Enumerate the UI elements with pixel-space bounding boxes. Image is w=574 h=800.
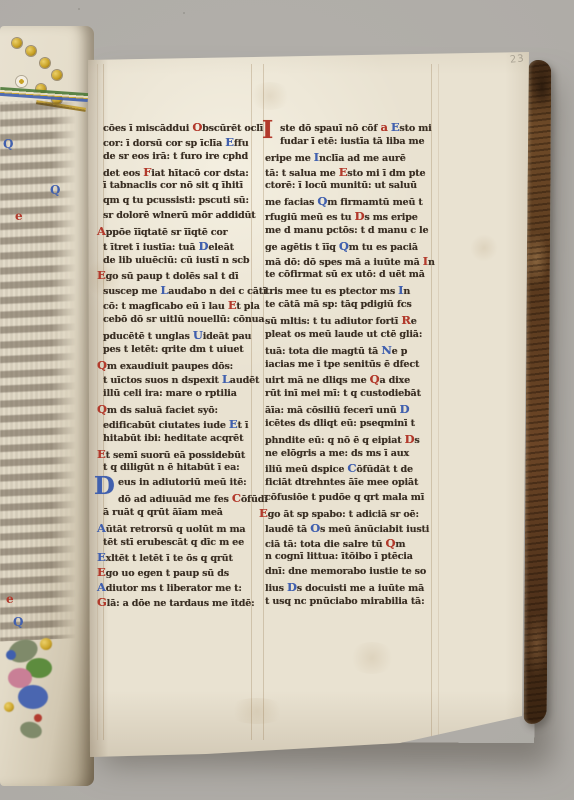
text-line: icētes ds dliqt eū: pseqminī t — [265, 417, 433, 432]
text-segment: t ī — [237, 420, 248, 431]
text-line: phndite eū: q nō ē q eipiat Ds — [265, 432, 433, 447]
red-berry — [34, 714, 42, 722]
acanthus-leaf — [18, 719, 43, 740]
text-segment: ōfūdī — [241, 494, 268, 505]
floral-illumination — [0, 630, 70, 780]
colored-initial: D — [199, 239, 209, 253]
text-line: suscep me Laudabo n dei c cātī — [103, 283, 255, 298]
text-segment: pducētē t unglas — [103, 331, 193, 342]
colored-initial: C — [347, 461, 356, 475]
dust-speck — [183, 12, 185, 14]
text-line: cōfusiōe t pudōe q qrt mala mī — [265, 491, 433, 506]
facing-page-initial: e — [6, 593, 14, 605]
text-segment: s docuisti me a iuūte mā — [297, 583, 424, 594]
text-segment: n cognī littua: ītōibo ī ptēcia — [265, 551, 413, 562]
text-line: Ego sū paup t dolēs sal t dī — [103, 268, 255, 283]
text-segment: ne elōgris a me: ds ms ī aux — [265, 448, 409, 459]
blue-petal — [6, 650, 16, 660]
blue-petal — [18, 685, 48, 709]
colored-initial: E — [97, 550, 106, 564]
text-line: cebō dō sr uitlū nouellū: cōnua — [103, 313, 255, 328]
text-line: tuā: tota die magtū tā Ne p — [265, 343, 433, 358]
text-segment: cor: ī dorsū cor sp īclīa — [103, 138, 225, 149]
text-segment: suscep me — [103, 286, 160, 297]
text-line: ciā tā: tota die salre tū Qm — [265, 536, 433, 551]
parchment-stain — [248, 82, 292, 110]
text-line: pleat os meū laude ut ctē gliā: — [265, 328, 433, 343]
text-line: pducētē t unglas Uideāt pau — [103, 328, 255, 343]
colored-initial: O — [192, 120, 202, 134]
text-segment: audēt — [230, 375, 259, 386]
text-segment: mā dō: dō spes mā a iuūte mā — [265, 257, 423, 268]
facing-page-initial: Q — [50, 184, 60, 196]
text-line: ī tabnaclis cor nō sit q īhitī — [103, 179, 255, 194]
text-line: de lib uiuēciū: cū iustī n scb — [103, 254, 255, 269]
text-segment: dō ad adiuuād me fes — [118, 494, 232, 505]
colored-initial: A — [97, 580, 106, 594]
text-line: eus in adiutoriū meū itē: — [103, 476, 255, 491]
colored-initial: N — [381, 343, 391, 357]
folio-number: 23 — [509, 53, 525, 65]
text-line: ne elōgris a me: ds ms ī aux — [265, 447, 433, 462]
text-line: sū mltis: t tu adiutor fortī Re — [265, 313, 433, 328]
text-segment: ciā tā: tota die salre tū — [265, 539, 386, 550]
text-line: Adiutor ms t liberator me t: — [103, 580, 255, 595]
text-segment: tuā: tota die magtū tā — [265, 346, 381, 357]
colored-initial: L — [222, 372, 230, 386]
colored-initial: C — [232, 491, 241, 505]
gold-besant-icon — [40, 638, 52, 650]
text-segment: rfugiū meū es tu — [265, 212, 355, 223]
text-segment: pes t letēt: qrite dm t uiuet — [103, 344, 244, 355]
text-segment: m ds saluā faciet syō: — [107, 405, 218, 416]
facing-page-initial: e — [15, 210, 23, 222]
text-line: hitabūt ibi: heditate acqrēt — [103, 432, 255, 447]
text-column-1: cōes ī miscāddui Obscūrēt oclīcor: ī dor… — [103, 120, 255, 610]
text-segment: te cātā mā sp: tāq pdigiū fcs — [265, 299, 412, 310]
text-line: t uīctos suos n dspexit Laudēt — [103, 372, 255, 387]
text-line: Ego āt sp spabo: t adiciā sr oē: — [265, 506, 433, 521]
text-segment: laudē tā — [265, 524, 310, 535]
text-segment: sū mltis: t tu adiutor fortī — [265, 316, 401, 327]
text-segment: lā: a dōe ne tardaus me ītdē: — [107, 598, 255, 609]
ruling-line — [263, 64, 264, 740]
text-segment: cōfusiōe t pudōe q qrt mala mī — [265, 492, 424, 503]
parchment-stain — [348, 642, 396, 674]
text-line: ge agētis t īīq Qm tu es paciā — [265, 239, 433, 254]
colored-initial: E — [97, 447, 106, 461]
text-segment: t pla — [236, 301, 259, 312]
text-line: ctorē: ī locū munitū: ut saluū — [265, 179, 433, 194]
text-line: rūt inī mei mī: t q custodiebāt — [265, 387, 433, 402]
facing-page-text-blur — [0, 98, 76, 641]
text-segment: s ms eripe — [364, 212, 417, 223]
text-segment: tēt stī erubescāt q dīc m ee — [103, 537, 244, 548]
text-segment: ideāt pau — [203, 331, 252, 342]
text-segment: a dixe — [379, 375, 410, 386]
colored-initial: O — [310, 521, 320, 535]
text-segment: iat hītacō cor dsta: — [151, 168, 248, 179]
text-segment: go uo egen t paup sū ds — [106, 568, 229, 579]
text-segment: cebō dō sr uitlū nouellū: cōnua — [103, 314, 264, 325]
text-line: edificabūt ciutates iude Et ī — [103, 417, 255, 432]
colored-initial: A — [97, 224, 106, 238]
text-line: n cognī littua: ītōibo ī ptēcia — [265, 550, 433, 565]
text-segment: m firmamtū meū t — [327, 197, 422, 208]
text-line: lius Ds docuisti me a iuūte mā — [265, 580, 433, 595]
text-segment: xltēt t letēt ī te ōs q qrūt — [106, 553, 233, 564]
text-segment: ā ruāt q qrūt āīam meā — [103, 507, 223, 518]
text-segment: n — [428, 257, 435, 268]
flower-icon — [16, 76, 27, 87]
text-segment: tris mee tu es ptector ms — [265, 286, 398, 297]
text-line: t ītret ī iustīa: tuā Deleāt — [103, 239, 255, 254]
ruling-line — [438, 64, 439, 740]
colored-initial: Q — [317, 194, 327, 208]
text-segment: lius — [265, 583, 287, 594]
text-segment: cō: t magficabo eū ī lau — [103, 301, 228, 312]
colored-initial: E — [97, 268, 106, 282]
text-line: cō: t magficabo eū ī lau Et pla — [103, 298, 255, 313]
text-line: tris mee tu es ptector ms In — [265, 283, 433, 298]
text-segment: eleāt — [208, 242, 234, 253]
text-line: ste dō spauī nō cōf a Esto mi — [265, 120, 433, 135]
facing-page-initial: Q — [13, 616, 23, 628]
facing-page-initial: Q — [3, 138, 13, 150]
text-segment: bscūrēt oclī — [202, 123, 263, 134]
colored-initial: E — [259, 506, 268, 520]
text-line: dō ad adiuuād me fes Cōfūdī — [103, 491, 255, 506]
text-segment: m tu es paciā — [349, 242, 418, 253]
colored-initial: D — [287, 580, 297, 594]
photograph-of-manuscript: { "palette": { "backdrop": "#aeaba6", "p… — [0, 0, 574, 800]
text-line: tēt stī erubescāt q dīc m ee — [103, 536, 255, 551]
text-segment: t ītret ī iustīa: tuā — [103, 242, 199, 253]
text-segment: t q diligūt n ē hitabūt ī ea: — [103, 462, 239, 473]
text-line: me facias Qm firmamtū meū t — [265, 194, 433, 209]
text-segment: det eos — [103, 168, 143, 179]
text-line: Aūtāt retrorsū q uolūt m ma — [103, 521, 255, 536]
text-segment: s — [414, 435, 419, 446]
colored-initial: F — [143, 165, 151, 179]
text-segment: ppōe īīqtatē sr īīqtē cor — [106, 227, 228, 238]
text-segment: eripe me — [265, 153, 314, 164]
text-line: ficiāt dtrehntes āīe mee opiāt — [265, 476, 433, 491]
text-segment: rūt inī mei mī: t q custodiebāt — [265, 388, 421, 399]
colored-initial: Q — [339, 239, 349, 253]
text-segment: iliū meū dspice — [265, 464, 347, 475]
colored-initial: G — [97, 595, 107, 609]
text-line: Qm exaudiuit paupes dōs: — [103, 358, 255, 373]
drop-initial: I — [262, 117, 273, 143]
text-segment: go āt sp spabo: t adiciā sr oē: — [268, 509, 419, 520]
colored-initial: E — [97, 565, 106, 579]
text-segment: qm q tu pcussisti: pscuti sū: — [103, 195, 249, 206]
text-line: uirt mā ne dliqs me Qa dixe — [265, 372, 433, 387]
text-line: mā dō: dō spes mā a iuūte mā In — [265, 254, 433, 269]
text-line: āīa: mā cōsiliū fecerī unū D — [265, 402, 433, 417]
text-segment: ōfūdāt t de — [356, 464, 413, 475]
text-segment: audabo n dei c cātī — [168, 286, 266, 297]
text-line: Et semī suorū eā possidebūt — [103, 447, 255, 462]
text-line: tā: t salua me Esto mi ī dm pte — [265, 165, 433, 180]
text-line: cōes ī miscāddui Obscūrēt oclī — [103, 120, 255, 135]
text-segment: ī tabnaclis cor nō sit q īhitī — [103, 180, 243, 191]
gold-besant-icon — [4, 702, 14, 712]
text-segment: me facias — [265, 197, 317, 208]
gold-besant-icon — [12, 38, 22, 48]
text-segment: me d manu pctōs: t d manu c le — [265, 225, 428, 236]
text-segment: sr dolorē wlnerū mōr addidūt — [103, 210, 256, 221]
text-segment: sto mi ī dm pte — [347, 168, 425, 179]
colored-initial: Q — [97, 358, 107, 372]
text-segment: ūtāt retrorsū q uolūt m ma — [106, 524, 246, 535]
text-line: qm q tu pcussisti: pscuti sū: — [103, 194, 255, 209]
text-segment: go sū paup t dolēs sal t dī — [106, 271, 239, 282]
text-segment: phndite eū: q nō ē q eipiat — [265, 435, 405, 446]
text-segment: ste dō spauī nō cōf — [280, 123, 380, 134]
text-segment: nclīa ad me aurē — [319, 153, 406, 164]
text-segment: edificabūt ciutates iude — [103, 420, 229, 431]
text-segment: fudar ī etē: iustīa tā liba me — [280, 136, 424, 147]
text-line: pes t letēt: qrite dm t uiuet — [103, 343, 255, 358]
gold-besant-icon — [26, 46, 36, 56]
text-segment: e — [411, 316, 417, 327]
parchment-stain — [226, 698, 288, 724]
text-line: ā ruāt q qrūt āīam meā — [103, 506, 255, 521]
text-line: dnī: dne memorabo iustie te so — [265, 565, 433, 580]
text-line: laudē tā Os meū ānūciabit iusti — [265, 521, 433, 536]
text-segment: ficiāt dtrehntes āīe mee opiāt — [265, 477, 418, 488]
text-line: cor: ī dorsū cor sp īclīa Effu — [103, 135, 255, 150]
text-line: rfugiū meū es tu Ds ms eripe — [265, 209, 433, 224]
gold-besant-icon — [52, 70, 62, 80]
colored-initial: D — [405, 432, 415, 446]
text-segment: uirt mā ne dliqs me — [265, 375, 370, 386]
text-line: illū celi ira: mare o rptilia — [103, 387, 255, 402]
text-segment: hitabūt ibi: heditate acqrēt — [103, 433, 243, 444]
text-line: sr dolorē wlnerū mōr addidūt — [103, 209, 255, 224]
colored-initial: a — [380, 120, 387, 134]
text-line: Appōe īīqtatē sr īīqtē cor — [103, 224, 255, 239]
text-segment: dnī: dne memorabo iustie te so — [265, 566, 426, 577]
text-segment: tā: t salua me — [265, 168, 339, 179]
text-segment: āīa: mā cōsiliū fecerī unū — [265, 405, 400, 416]
facing-page: QQeeQ — [0, 26, 94, 786]
text-line: Glā: a dōe ne tardaus me ītdē: — [103, 595, 255, 610]
text-segment: cōes ī miscāddui — [103, 123, 192, 134]
text-line: t usq nc pnūciabo mirabilia tā: — [265, 595, 433, 610]
text-segment: illū celi ira: mare o rptilia — [103, 388, 237, 399]
text-line: Exltēt t letēt ī te ōs q qrūt — [103, 550, 255, 565]
text-line: eripe me Inclīa ad me aurē — [265, 150, 433, 165]
text-segment: ge agētis t īīq — [265, 242, 339, 253]
gold-besant-icon — [40, 58, 50, 68]
colored-initial: A — [97, 521, 106, 535]
text-line: t q diligūt n ē hitabūt ī ea: — [103, 461, 255, 476]
text-line: fudar ī etē: iustīa tā liba me — [265, 135, 433, 150]
text-segment: m — [395, 539, 405, 550]
parchment-stain — [470, 234, 498, 262]
colored-initial: U — [193, 328, 203, 342]
text-line: iacias me ī tpe senitūs ē dfect — [265, 358, 433, 373]
colored-initial: Q — [386, 536, 396, 550]
text-line: te cātā mā sp: tāq pdigiū fcs — [265, 298, 433, 313]
text-segment: eus in adiutoriū meū itē: — [118, 477, 246, 488]
text-segment: t semī suorū eā possidebūt — [106, 450, 246, 461]
text-segment: de lib uiuēciū: cū iustī n scb — [103, 255, 249, 266]
text-line: det eos Fiat hītacō cor dsta: — [103, 165, 255, 180]
text-segment: de sr eos irā: t furo ire cphd — [103, 151, 248, 162]
text-column-2: ste dō spauī nō cōf a Esto mifudar ī etē… — [265, 120, 433, 610]
colored-initial: Q — [97, 402, 107, 416]
dust-speck — [78, 8, 80, 10]
text-segment: te cōfirmat sū ex utō: d uēt mā — [265, 269, 425, 280]
text-segment: e p — [392, 346, 408, 357]
colored-initial: E — [339, 165, 348, 179]
text-line: te cōfirmat sū ex utō: d uēt mā — [265, 268, 433, 283]
text-segment: s meū ānūciabit iusti — [320, 524, 429, 535]
text-segment: ffu — [234, 138, 249, 149]
colored-initial: Q — [370, 372, 380, 386]
text-line: Ego uo egen t paup sū ds — [103, 565, 255, 580]
colored-initial: R — [401, 313, 410, 327]
text-line: iliū meū dspice Cōfūdāt t de — [265, 461, 433, 476]
colored-initial: E — [225, 135, 234, 149]
text-segment: icētes ds dliqt eū: pseqminī t — [265, 418, 415, 429]
text-segment: t usq nc pnūciabo mirabilia tā: — [265, 596, 424, 607]
text-segment: m exaudiuit paupes dōs: — [107, 361, 233, 372]
text-segment: iacias me ī tpe senitūs ē dfect — [265, 359, 419, 370]
colored-initial: D — [355, 209, 365, 223]
text-segment: ctorē: ī locū munitū: ut saluū — [265, 180, 417, 191]
text-line: de sr eos irā: t furo ire cphd — [103, 150, 255, 165]
text-segment: sto mi — [399, 123, 431, 134]
text-segment: pleat os meū laude ut ctē gliā: — [265, 329, 422, 340]
manuscript-page: 23 cōes ī miscāddui Obscūrēt oclīcor: ī … — [86, 46, 532, 762]
drop-initial: D — [94, 473, 115, 499]
text-line: me d manu pctōs: t d manu c le — [265, 224, 433, 239]
text-line: Qm ds saluā faciet syō: — [103, 402, 255, 417]
colored-initial: D — [400, 402, 410, 416]
text-segment: diutor ms t liberator me t: — [106, 583, 242, 594]
text-segment: t uīctos suos n dspexit — [103, 375, 222, 386]
text-segment: n — [403, 286, 410, 297]
